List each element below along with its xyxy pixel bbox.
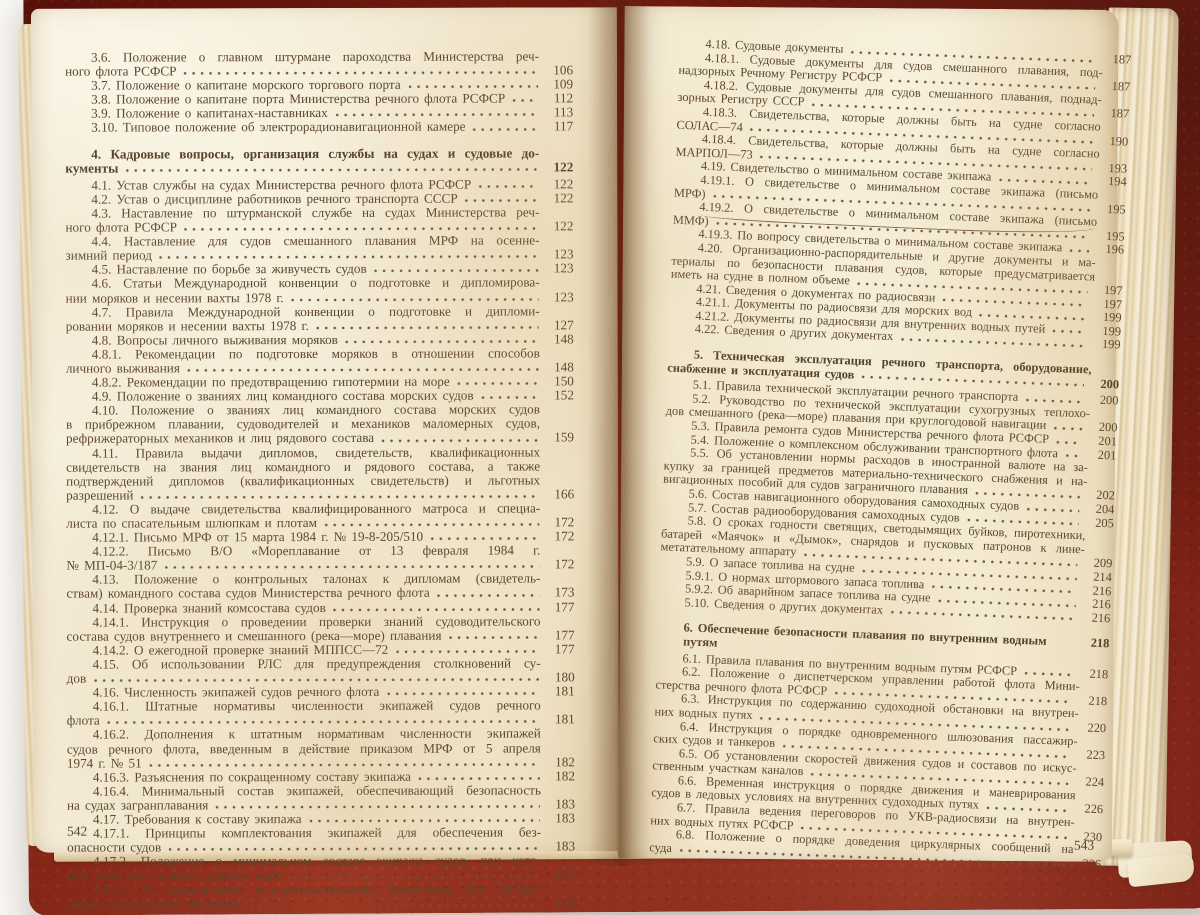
dot-leader xyxy=(250,898,540,910)
toc-page-number: 122 xyxy=(543,191,573,205)
toc-entry-text: ления алкогольного опьянения xyxy=(67,897,243,912)
toc-page-number: 181 xyxy=(545,713,575,727)
toc-page-number: 123 xyxy=(544,262,574,276)
toc-page-number: 173 xyxy=(544,586,574,600)
toc-page-number: 181 xyxy=(545,684,575,698)
toc-page-number: 127 xyxy=(544,318,574,332)
dot-leader xyxy=(324,518,539,530)
toc-page-number: 152 xyxy=(544,389,574,403)
toc-line: 3.6. Положение о главном штурмане парохо… xyxy=(65,49,573,64)
toc-page-number: 122 xyxy=(543,160,573,174)
toc-line: 4.4. Наставление для судов смешанного пл… xyxy=(65,233,573,248)
toc-line: 4.16.4. Минимальный состав экипажей, обе… xyxy=(67,783,575,798)
dot-leader xyxy=(187,363,539,375)
dot-leader xyxy=(1053,421,1083,433)
toc-line: 4.3. Наставление по штурманской службе н… xyxy=(65,205,573,220)
toc-page-number: 166 xyxy=(544,487,574,501)
toc-entry-text: 4. Кадровые вопросы, организация службы … xyxy=(91,145,539,161)
dot-leader xyxy=(345,334,539,346)
toc-page-number: 200 xyxy=(1089,377,1119,392)
dot-leader xyxy=(316,320,539,332)
toc-section-heading: 4. Кадровые вопросы, организация службы … xyxy=(65,146,573,176)
toc-page-number: 187 xyxy=(1100,80,1130,95)
toc-entry: 4.10. Положение о званиях лиц командного… xyxy=(66,403,574,447)
toc-entry-text: 4.8.1. Рекомендации по подготовке моряко… xyxy=(92,345,540,361)
toc-entry: 4.3. Наставление по штурманской службе н… xyxy=(65,205,573,235)
toc-entry: 3.6. Положение о главном штурмане парохо… xyxy=(65,49,573,79)
dot-leader xyxy=(1026,502,1080,515)
toc-line: ствам) командного состава судов Министер… xyxy=(66,586,574,601)
toc-page-number: 224 xyxy=(1074,775,1104,790)
toc-page-number: 223 xyxy=(1075,748,1105,763)
toc-page-number: 195 xyxy=(1095,202,1125,217)
toc-entry-text: 4.6. Статьи Международной конвенции о по… xyxy=(92,275,540,291)
dot-leader xyxy=(457,377,539,388)
toc-entry-text: 4.16.1. Штатные нормативы численности эк… xyxy=(93,698,541,714)
toc-page-number: 182 xyxy=(545,769,575,783)
toc-line: 4.12.2. Письмо В/О «Мореплавание от 13 ф… xyxy=(66,544,574,559)
toc-entry: 4.4. Наставление для судов смешанного пл… xyxy=(65,233,573,263)
dot-leader xyxy=(149,757,540,769)
dot-leader xyxy=(309,814,540,826)
toc-line: 4.12. О выдаче свидетельства квалифициро… xyxy=(66,501,574,516)
toc-line: ления алкогольного опьянения186 xyxy=(67,896,575,911)
toc-entry: 4.6. Статьи Международной конвенции о по… xyxy=(66,276,574,306)
toc-entry-text: 4.12.2. Письмо В/О «Мореплавание от 13 ф… xyxy=(92,543,540,559)
toc-page-number: 185 xyxy=(545,868,575,882)
toc-entry: 4.14.1. Инструкция о проведении проверки… xyxy=(66,614,574,644)
dot-leader xyxy=(465,193,539,204)
toc-entry: 4.17.3. О медицинском освидетельствовани… xyxy=(67,882,575,912)
toc-line: 4.6. Статьи Международной конвенции о по… xyxy=(66,276,574,291)
toc-page-number: 106 xyxy=(543,63,573,77)
toc-page-number: 112 xyxy=(543,92,573,106)
toc-page-number: 218 xyxy=(1077,694,1107,709)
toc-line: 4.15. Об использовании РЛС для предупреж… xyxy=(67,656,575,671)
toc-left-column: 3.6. Положение о главном штурмане парохо… xyxy=(65,49,575,911)
dot-leader xyxy=(1069,243,1089,255)
toc-entry-text: флота xyxy=(67,714,100,728)
toc-page-number: 196 xyxy=(1094,243,1124,258)
toc-page-number: 148 xyxy=(544,332,574,346)
dot-leader xyxy=(473,122,539,133)
toc-page-number: 122 xyxy=(543,219,573,233)
toc-entry-text: 4.17.2. Положение о минимальном составе … xyxy=(93,853,541,869)
toc-entry: 4.16.4. Минимальный состав экипажей, обе… xyxy=(67,783,575,813)
dot-leader xyxy=(1052,324,1086,336)
dot-leader xyxy=(395,644,539,655)
toc-page-number: 186 xyxy=(545,896,575,910)
toc-entry: 4.7. Правила Международной конвенции о п… xyxy=(66,304,574,334)
toc-entry-text: подтверждений дипломов (квалификационных… xyxy=(66,472,540,488)
toc-line: на судах загранплавания183 xyxy=(67,797,575,812)
toc-page-number: 204 xyxy=(1084,502,1114,517)
toc-line: кументы122 xyxy=(65,160,573,175)
toc-entry-text: 4.4. Наставление для судов смешанного пл… xyxy=(91,233,539,249)
toc-page-number: 122 xyxy=(543,177,573,191)
toc-entry-text: 4.15. Об использовании РЛС для предупреж… xyxy=(93,655,541,671)
toc-page-number: 214 xyxy=(1082,570,1112,585)
toc-entry: 4.12. О выдаче свидетельства квалифициро… xyxy=(66,501,574,531)
toc-page-number: 218 xyxy=(1079,637,1109,652)
toc-line: 4.17.2. Положение о минимальном составе … xyxy=(67,854,575,869)
toc-line: 3.10. Типовое положение об электрорадион… xyxy=(65,120,573,135)
toc-entry: 3.10. Типовое положение об электрорадион… xyxy=(65,120,573,135)
dot-leader xyxy=(215,799,540,811)
toc-page-number: 150 xyxy=(544,374,574,388)
toc-page-number: 109 xyxy=(543,78,573,92)
dot-leader xyxy=(381,433,539,444)
book-photo: 3.6. Положение о главном штурмане парохо… xyxy=(0,0,1200,915)
dot-leader xyxy=(478,179,538,190)
toc-entry: 4.17.1. Принципы комплектования экипажей… xyxy=(67,825,575,855)
toc-entry-text: 4.14.1. Инструкция о проведении проверки… xyxy=(92,613,540,629)
toc-entry-text: 4.16.4. Минимальный состав экипажей, обе… xyxy=(93,782,541,798)
toc-entry-text: 3.10. Типовое положение об электрорадион… xyxy=(91,120,465,135)
toc-page-number: 172 xyxy=(544,515,574,529)
toc-page-number: 201 xyxy=(1087,434,1117,449)
toc-entry-text: кументы xyxy=(65,161,118,175)
toc-page-number: 226 xyxy=(1073,803,1103,818)
toc-page-number: 172 xyxy=(544,558,574,572)
toc-page-number: 123 xyxy=(544,248,574,262)
toc-line: 4. Кадровые вопросы, организация службы … xyxy=(65,146,573,161)
dot-leader xyxy=(1056,435,1082,447)
toc-page-number: 148 xyxy=(544,360,574,374)
toc-page-number: 220 xyxy=(1076,721,1106,736)
toc-entry: 4.15. Об использовании РЛС для предупреж… xyxy=(67,656,575,686)
dot-leader xyxy=(333,602,540,614)
dot-leader xyxy=(386,687,539,698)
toc-page-number: 190 xyxy=(1098,134,1128,149)
toc-right-column: 4.18. Судовые документы1874.18.1. Судовы… xyxy=(649,37,1131,872)
toc-page-number: 177 xyxy=(545,628,575,642)
dot-leader xyxy=(374,264,539,275)
toc-entry-text: 4.7. Правила Международной конвенции о п… xyxy=(92,303,540,319)
toc-entry: 4.13. Положение о контрольных талонах к … xyxy=(66,572,574,602)
right-page-number: 543 xyxy=(1074,838,1094,854)
dot-leader xyxy=(93,673,539,685)
toc-page-number: 199 xyxy=(1090,338,1120,353)
toc-page-number: 236 xyxy=(1071,857,1101,872)
dot-leader xyxy=(449,630,540,641)
toc-entry-text: дов xyxy=(67,672,87,686)
toc-line: 4.17.3. О медицинском освидетельствовани… xyxy=(67,882,575,897)
toc-entry-text: ствам) командного состава судов Министер… xyxy=(66,586,429,601)
toc-entry-text: 3.6. Положение о главном штурмане парохо… xyxy=(91,48,539,64)
toc-entry: 4.12.2. Письмо В/О «Мореплавание от 13 ф… xyxy=(66,544,574,574)
dot-leader xyxy=(418,771,540,782)
dot-leader xyxy=(481,391,539,402)
toc-page-number: 216 xyxy=(1080,611,1110,626)
toc-page-number: 113 xyxy=(543,106,573,120)
toc-page-number: 177 xyxy=(544,600,574,614)
toc-page-number: 201 xyxy=(1086,448,1116,463)
dot-leader xyxy=(1065,449,1082,461)
dot-leader xyxy=(430,532,539,543)
toc-page-number: 187 xyxy=(1099,107,1129,122)
toc-line: судов речного флота, введенным в действи… xyxy=(67,741,575,756)
toc-page-number: 218 xyxy=(1078,667,1108,682)
toc-page-number: 200 xyxy=(1088,394,1118,409)
toc-page-number: 172 xyxy=(544,529,574,543)
toc-page-number: 180 xyxy=(545,670,575,684)
left-page-number: 542 xyxy=(67,824,87,840)
toc-entry-text: ММФ) xyxy=(673,213,709,228)
toc-entry: 4.8.1. Рекомендации по подготовке моряко… xyxy=(66,346,574,376)
toc-entry: 4.11. Правила выдачи дипломов, свидетель… xyxy=(66,445,574,503)
toc-page-number: 183 xyxy=(545,840,575,854)
toc-entry: 4.16.1. Штатные нормативы численности эк… xyxy=(67,699,575,729)
dot-leader xyxy=(437,588,540,599)
toc-entry-text: судов речного флота, введенным в действи… xyxy=(67,740,541,756)
toc-page-number: 183 xyxy=(545,811,575,825)
toc-page-number: 183 xyxy=(545,797,575,811)
dot-leader xyxy=(159,250,539,262)
toc-entry: 4.16.2. Дополнения к штатным нормативам … xyxy=(67,727,575,771)
toc-page-number: 187 xyxy=(1101,53,1131,68)
toc-entry-text: МРФ) xyxy=(674,186,706,201)
toc-entry: 4.17.2. Положение о минимальном составе … xyxy=(67,854,575,884)
dot-leader xyxy=(289,870,541,882)
toc-line: 4.8.1. Рекомендации по подготовке моряко… xyxy=(66,346,574,361)
toc-page-number: 194 xyxy=(1096,175,1126,190)
toc-page-number: 177 xyxy=(545,642,575,656)
dot-leader xyxy=(512,94,538,105)
toc-page-number: 205 xyxy=(1084,516,1114,531)
toc-line: 4.7. Правила Международной конвенции о п… xyxy=(66,304,574,319)
toc-page-number: 117 xyxy=(543,120,573,134)
toc-entry-text: 4.17.3. О медицинском освидетельствовани… xyxy=(93,881,541,897)
toc-line: подтверждений дипломов (квалификационных… xyxy=(66,473,574,488)
toc-entry-text: суда xyxy=(649,841,672,855)
toc-page-number: 182 xyxy=(545,755,575,769)
toc-entry-text: 4.17.1. Принципы комплектования экипажей… xyxy=(93,824,541,840)
right-page: 4.18. Судовые документы1874.18.1. Судовы… xyxy=(618,6,1119,862)
toc-page-number: 123 xyxy=(544,290,574,304)
toc-line: 4.16.1. Штатные нормативы численности эк… xyxy=(67,699,575,714)
dot-leader xyxy=(125,162,538,174)
toc-line: 4.17.1. Принципы комплектования экипажей… xyxy=(67,825,575,840)
dot-leader xyxy=(291,292,539,304)
left-page: 3.6. Положение о главном штурмане парохо… xyxy=(31,7,619,853)
toc-entry-text: 1974 г. № 51 xyxy=(67,756,142,770)
dot-leader xyxy=(335,108,538,120)
dot-leader xyxy=(184,66,539,78)
dot-leader xyxy=(408,80,538,91)
toc-page-number: 159 xyxy=(544,431,574,445)
toc-entry-text: 4.3. Наставление по штурманской службе н… xyxy=(91,204,539,220)
